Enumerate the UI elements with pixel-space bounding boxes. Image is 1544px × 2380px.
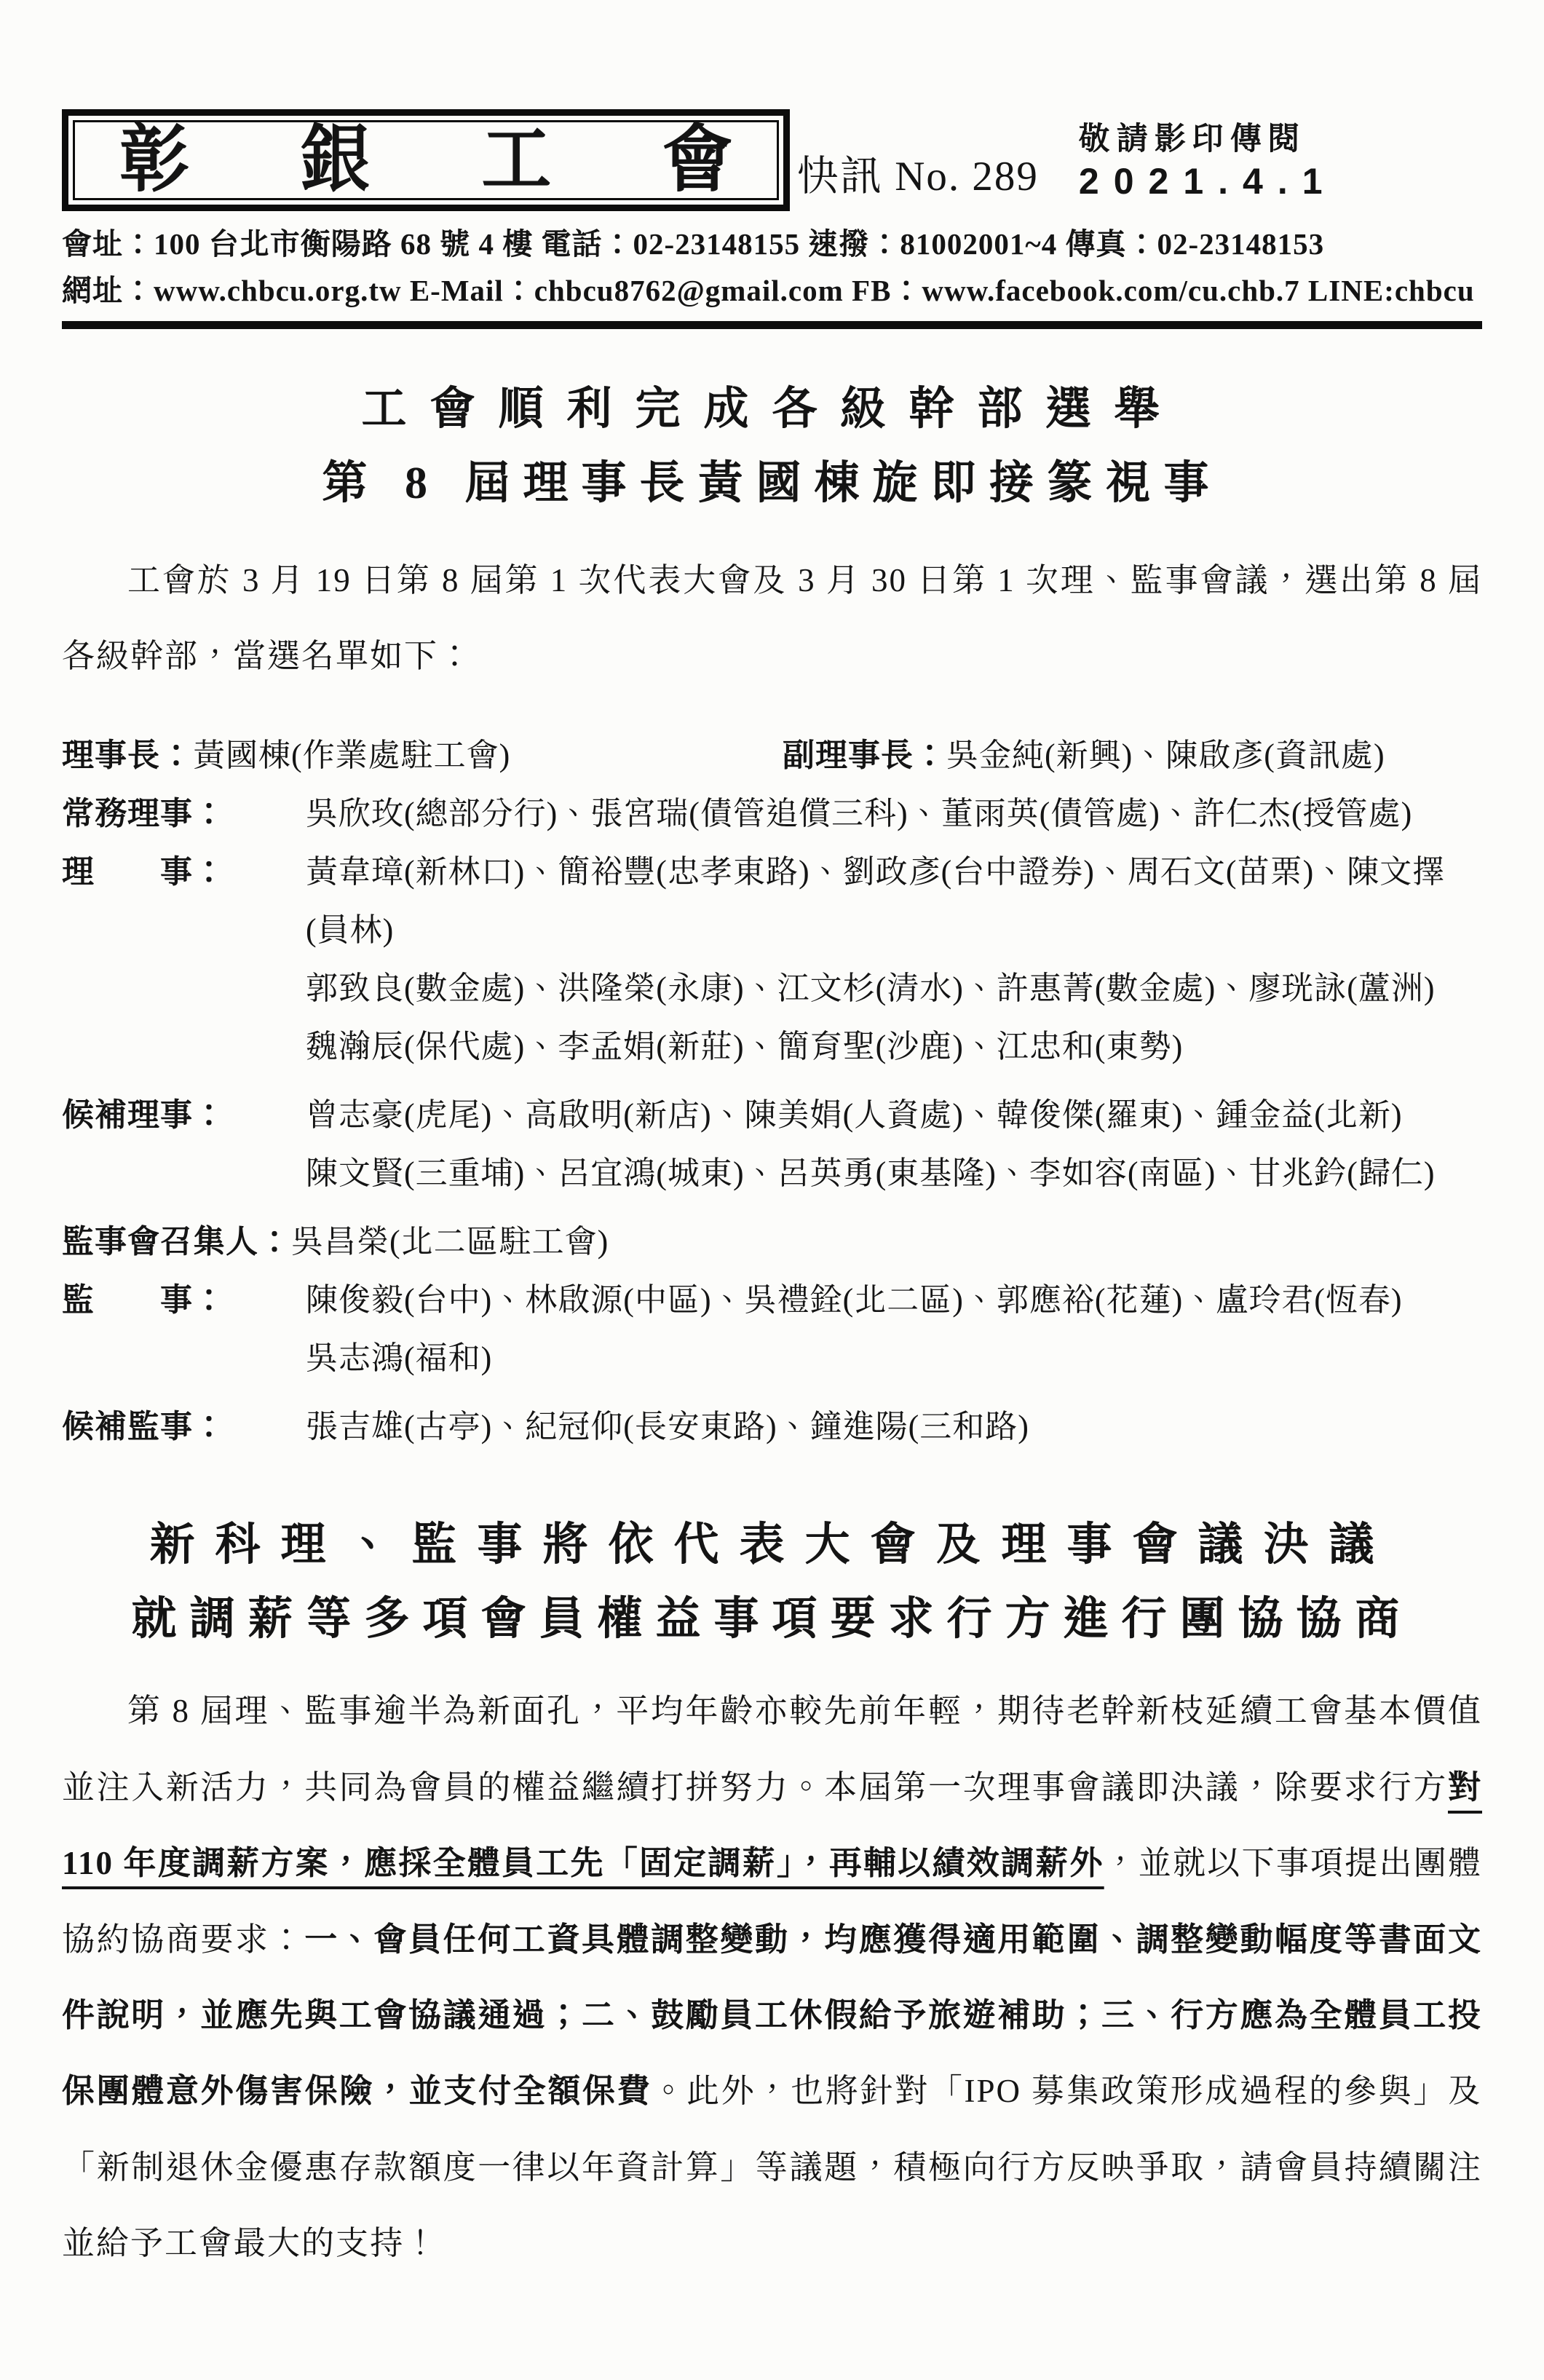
- article2-title-line2: 就調薪等多項會員權益事項要求行方進行團協協商: [62, 1584, 1482, 1654]
- names-line: 張吉雄(古亭)、紀冠仰(長安東路)、鐘進陽(三和路): [306, 1398, 1482, 1456]
- standing-directors-label: 常務理事：: [62, 785, 306, 843]
- row-standing-directors: 常務理事： 吳欣玫(總部分行)、張宮瑞(債管追償三科)、董雨英(債管處)、許仁杰…: [62, 785, 1482, 843]
- body-segment: 第 8 屆理、監事逾半為新面孔，平均年齡亦較先前年輕，期待老幹新枝延續工會基本價…: [62, 1693, 1482, 1805]
- chair-value: 黃國棟(作業處駐工會): [193, 738, 510, 773]
- vice-chair-value: 吳金純(新興)、陳啟彥(資訊處): [946, 738, 1385, 773]
- org-char-1: 彰: [119, 124, 189, 197]
- names-line: 吳志鴻(福和): [306, 1329, 1482, 1388]
- alternate-directors-names: 曾志豪(虎尾)、高啟明(新店)、陳美娟(人資處)、韓俊傑(羅東)、鍾金益(北新)…: [306, 1086, 1482, 1203]
- supervisors-names: 陳俊毅(台中)、林啟源(中區)、吳禮銓(北二區)、郭應裕(花蓮)、盧玲君(恆春)…: [306, 1271, 1482, 1388]
- officers-list: 理事長：黃國棟(作業處駐工會) 副理事長：吳金純(新興)、陳啟彥(資訊處) 常務…: [62, 727, 1482, 1456]
- directors-names: 黃韋璋(新林口)、簡裕豐(忠孝東路)、劉政彥(台中證券)、周石文(苗栗)、陳文擇…: [306, 843, 1482, 1076]
- convener-value: 吳昌榮(北二區駐工會): [291, 1224, 609, 1260]
- newsletter-page: 彰 銀 工 會 快訊 No. 289 敬請影印傳閱 2021.4.1 會址：10…: [0, 0, 1544, 2380]
- row-supervisor-convener: 監事會召集人：吳昌榮(北二區駐工會): [62, 1213, 1482, 1271]
- alternate-directors-label: 候補理事：: [62, 1086, 306, 1144]
- org-char-4: 會: [662, 124, 732, 197]
- names-line: 黃韋璋(新林口)、簡裕豐(忠孝東路)、劉政彥(台中證券)、周石文(苗栗)、陳文擇…: [306, 843, 1482, 960]
- alternate-supervisors-names: 張吉雄(古亭)、紀冠仰(長安東路)、鐘進陽(三和路): [306, 1398, 1482, 1456]
- alternate-supervisors-label: 候補監事：: [62, 1398, 306, 1456]
- article1-intro: 工會於 3 月 19 日第 8 屆第 1 次代表大會及 3 月 30 日第 1 …: [62, 543, 1482, 694]
- article1-title-line2: 第 8 屆理事長黃國棟旋即接篆視事: [62, 448, 1482, 518]
- names-line: 郭致良(數金處)、洪隆榮(永康)、江文杉(清水)、許惠菁(數金處)、廖珖詠(蘆洲…: [306, 960, 1482, 1018]
- names-line: 魏瀚辰(保代處)、李孟娟(新莊)、簡育聖(沙鹿)、江忠和(東勢): [306, 1018, 1482, 1076]
- issue-info: 敬請影印傳閱 2021.4.1: [1039, 109, 1482, 211]
- row-supervisors: 監 事： 陳俊毅(台中)、林啟源(中區)、吳禮銓(北二區)、郭應裕(花蓮)、盧玲…: [62, 1271, 1482, 1388]
- chair-label: 理事長：: [62, 738, 193, 773]
- directors-label: 理 事：: [62, 843, 306, 901]
- union-name-box: 彰 銀 工 會: [62, 109, 790, 211]
- article1-title-line1: 工會順利完成各級幹部選舉: [62, 374, 1482, 444]
- website-line: 網址：www.chbcu.org.tw E-Mail：chbcu8762@gma…: [62, 268, 1482, 315]
- masthead: 彰 銀 工 會 快訊 No. 289 敬請影印傳閱 2021.4.1: [62, 109, 1482, 211]
- chair-cell: 理事長：黃國棟(作業處駐工會): [62, 727, 783, 785]
- issue-date: 2021.4.1: [1079, 159, 1337, 205]
- convener-cell: 監事會召集人：吳昌榮(北二區駐工會): [62, 1213, 609, 1271]
- row-directors: 理 事： 黃韋璋(新林口)、簡裕豐(忠孝東路)、劉政彥(台中證券)、周石文(苗栗…: [62, 843, 1482, 1076]
- names-line: 曾志豪(虎尾)、高啟明(新店)、陳美娟(人資處)、韓俊傑(羅東)、鍾金益(北新): [306, 1086, 1482, 1144]
- names-line: 陳文賢(三重埔)、呂宜鴻(城東)、呂英勇(東基隆)、李如容(南區)、甘兆鈐(歸仁…: [306, 1144, 1482, 1203]
- copy-notice: 敬請影印傳閱: [1079, 121, 1306, 159]
- standing-directors-names: 吳欣玫(總部分行)、張宮瑞(債管追償三科)、董雨英(債管處)、許仁杰(授管處): [306, 785, 1482, 843]
- row-alternate-directors: 候補理事： 曾志豪(虎尾)、高啟明(新店)、陳美娟(人資處)、韓俊傑(羅東)、鍾…: [62, 1086, 1482, 1203]
- names-line: 陳俊毅(台中)、林啟源(中區)、吳禮銓(北二區)、郭應裕(花蓮)、盧玲君(恆春): [306, 1271, 1482, 1329]
- article2-title-line1: 新科理、監事將依代表大會及理事會議決議: [62, 1510, 1482, 1580]
- vice-chair-cell: 副理事長：吳金純(新興)、陳啟彥(資訊處): [783, 727, 1482, 785]
- org-char-2: 銀: [301, 124, 371, 197]
- org-char-3: 工: [481, 124, 551, 197]
- names-line: 吳欣玫(總部分行)、張宮瑞(債管追償三科)、董雨英(債管處)、許仁杰(授管處): [306, 785, 1482, 843]
- supervisors-label: 監 事：: [62, 1271, 306, 1329]
- row-alternate-supervisors: 候補監事： 張吉雄(古亭)、紀冠仰(長安東路)、鐘進陽(三和路): [62, 1398, 1482, 1456]
- convener-label: 監事會召集人：: [62, 1224, 291, 1260]
- vice-chair-label: 副理事長：: [783, 738, 946, 773]
- address-line: 會址：100 台北市衡陽路 68 號 4 樓 電話：02-23148155 速撥…: [62, 221, 1482, 268]
- bulletin-issue-label: 快訊 No. 289: [790, 109, 1039, 211]
- header-divider: [62, 321, 1482, 329]
- row-chair: 理事長：黃國棟(作業處駐工會) 副理事長：吳金純(新興)、陳啟彥(資訊處): [62, 727, 1482, 785]
- article2-body: 第 8 屆理、監事逾半為新面孔，平均年齡亦較先前年輕，期待老幹新枝延續工會基本價…: [62, 1673, 1482, 2281]
